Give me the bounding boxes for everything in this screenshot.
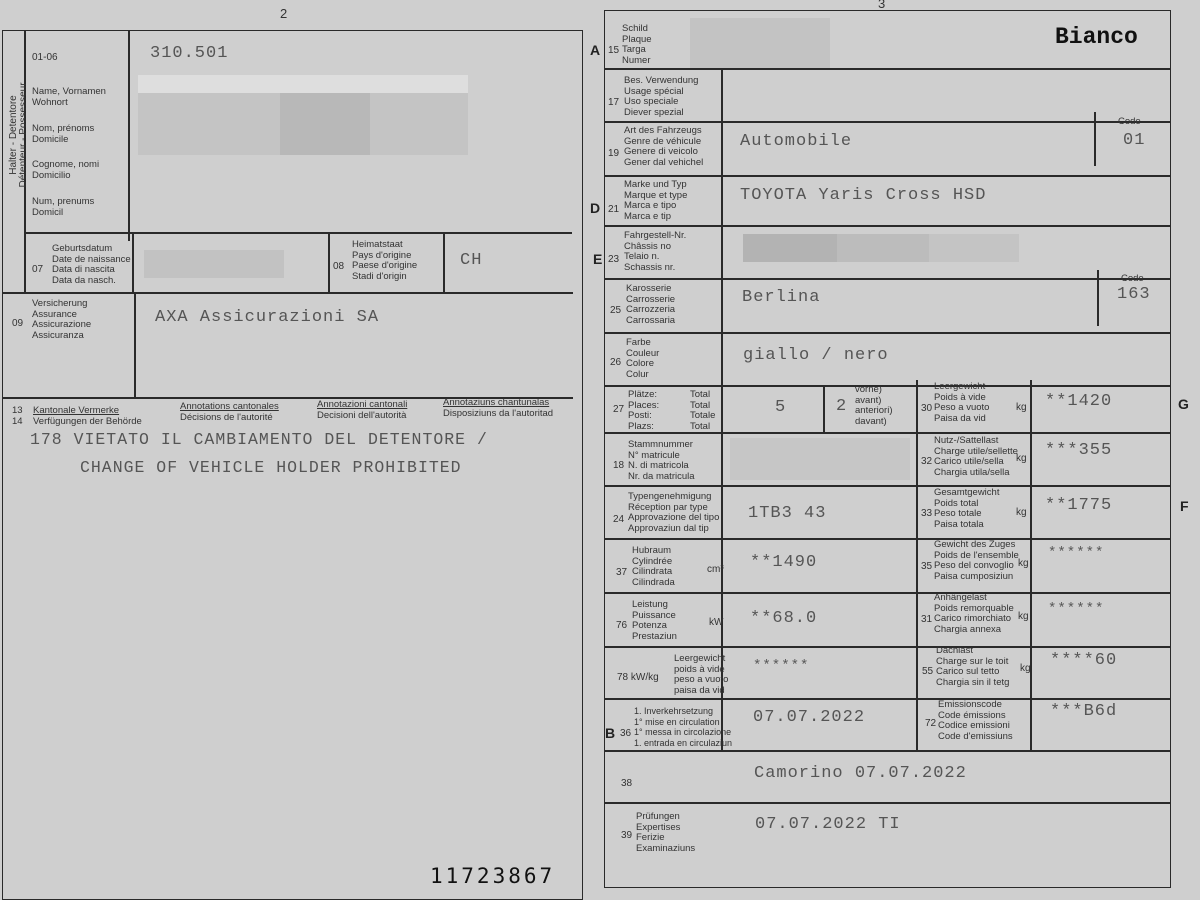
field-27-totals: TotalTotal TotaleTotal (690, 390, 715, 432)
field-08-value: CH (460, 251, 482, 270)
field-72-labels: EmissionscodeCode émissions Codice emiss… (938, 700, 1013, 742)
field-09-number: 09 (12, 318, 23, 329)
name-label-it: Cognome, nomiDomicilio (32, 160, 99, 181)
serial-number: 11723867 (430, 864, 555, 888)
field-55-labels: DachlastCharge sur le toit Carico sul te… (936, 646, 1009, 688)
field-30-value: **1420 (1045, 392, 1112, 411)
field-36-value: 07.07.2022 (753, 708, 865, 727)
field-26-value: giallo / nero (743, 346, 889, 365)
field-07-labels: GeburtsdatumDate de naissance Data di na… (52, 244, 131, 286)
field-76-labels: LeistungPuissance PotenzaPrestaziun (632, 600, 677, 642)
redacted-name (138, 75, 468, 93)
field-01-06-value: 310.501 (150, 44, 228, 63)
field-78-labels: Leergewichtpoids à vide peso a vuotopais… (674, 654, 728, 696)
field-76-unit: kW (709, 617, 723, 628)
field-32-unit: kg (1016, 453, 1027, 464)
annotation-line-2: CHANGE OF VEHICLE HOLDER PROHIBITED (80, 458, 462, 477)
field-32-labels: Nutz-/SattellastCharge utile/sellette Ca… (934, 436, 1018, 478)
field-09-value: AXA Assicurazioni SA (155, 308, 379, 327)
field-27-labels: Plätze:Places: Posti:Plazs: (628, 390, 659, 432)
marker-d: D (590, 200, 600, 216)
redacted-chassis-number (743, 234, 837, 262)
field-13-14-header-rm: Annotaziuns chantunalasDisposiziuns da l… (443, 398, 553, 419)
field-23-number: 23 (608, 254, 619, 265)
field-19-value: Automobile (740, 132, 852, 151)
name-label-fr: Nom, prénomsDomicile (32, 124, 94, 145)
field-39-value: 07.07.2022 TI (755, 815, 901, 834)
field-24-value: 1TB3 43 (748, 504, 826, 523)
field-21-number: 21 (608, 204, 619, 215)
field-35-value: ****** (1048, 545, 1104, 561)
field-25-value: Berlina (742, 288, 820, 307)
field-55-value: ****60 (1050, 651, 1117, 670)
field-36-labels: 1. Inverkehrsetzung1° mise en circulatio… (634, 706, 732, 748)
field-33-unit: kg (1016, 507, 1027, 518)
field-30-unit: kg (1016, 402, 1027, 413)
field-26-number: 26 (610, 357, 621, 368)
field-30-labels: LeergewichtPoids à vide Peso a vuotoPais… (934, 382, 989, 424)
field-72-number: 72 (925, 718, 936, 729)
marker-g: G (1178, 396, 1189, 412)
field-76-value: **68.0 (750, 609, 817, 628)
field-17-number: 17 (608, 97, 619, 108)
annotation-line-1: 178 VIETATO IL CAMBIAMENTO DEL DETENTORE… (30, 430, 488, 449)
field-21-labels: Marke und TypMarque et type Marca e tipo… (624, 180, 687, 222)
field-09-labels: VersicherungAssurance AssicurazioneAssic… (32, 299, 91, 341)
field-19-number: 19 (608, 148, 619, 159)
field-24-number: 24 (613, 514, 624, 525)
field-35-labels: Gewicht des ZugesPoids de l'ensemble Pes… (934, 540, 1019, 582)
field-25-code-label: Code (1121, 274, 1144, 285)
left-page: 2 Halter - Detentore Détenteur - Possess… (0, 0, 590, 900)
field-27-front-labels: vorne)avant) anteriori)davant) (855, 385, 893, 427)
field-08-labels: HeimatstaatPays d'origine Paese d'origin… (352, 240, 417, 282)
field-55-unit: kg (1020, 663, 1031, 674)
field-19-code-label: Code (1118, 117, 1141, 128)
field-15-number: 15 (608, 45, 619, 56)
field-15-value: Bianco (1055, 24, 1138, 50)
field-08-number: 08 (333, 261, 344, 272)
name-label-de: Name, VornamenWohnort (32, 87, 106, 108)
field-13-14-header-fr: Annotations cantonalesDécisions de l'aut… (180, 402, 279, 423)
holder-side-label: Halter - Detentore Détenteur - Possesseu… (3, 40, 25, 240)
field-55-number: 55 (922, 666, 933, 677)
field-33-value: **1775 (1045, 496, 1112, 515)
field-78-value: ****** (753, 658, 809, 674)
field-27-seats-value: 5 (775, 398, 786, 417)
field-23-labels: Fahrgestell-Nr.Châssis no Telaio n.Schas… (624, 231, 686, 273)
field-72-value: ***B6d (1050, 702, 1117, 721)
marker-b: B (605, 725, 615, 741)
field-31-unit: kg (1018, 611, 1029, 622)
field-78-number: 78 kW/kg (617, 672, 659, 683)
field-13-14-numbers: 1314 (12, 406, 23, 427)
field-32-value: ***355 (1045, 441, 1112, 460)
field-31-labels: AnhängelastPoids remorquable Carico rimo… (934, 593, 1014, 635)
field-38-number: 38 (621, 778, 632, 789)
field-33-number: 33 (921, 508, 932, 519)
redacted-plate (690, 18, 830, 68)
field-37-labels: HubraumCylindrée CilindrataCilindrada (632, 546, 675, 588)
field-37-unit: cm³ (707, 564, 724, 575)
redacted-matricule (730, 438, 910, 480)
field-36-number: 36 (620, 728, 631, 739)
field-18-labels: StammnummerN° matricule N. di matricolaN… (628, 440, 695, 482)
field-30-number: 30 (921, 403, 932, 414)
field-25-number: 25 (610, 305, 621, 316)
field-19-labels: Art des FahrzeugsGenre de véhicule Gener… (624, 126, 703, 168)
field-01-06-number: 01-06 (32, 52, 58, 63)
field-13-14-header-de: Kantonale VermerkeVerfügungen der Behörd… (33, 406, 142, 427)
field-38-value: Camorino 07.07.2022 (754, 764, 967, 783)
field-35-number: 35 (921, 561, 932, 572)
field-13-14-header-it: Annotazioni cantonaliDecisioni dell'auto… (317, 400, 407, 421)
name-label-rm: Num, prenumsDomicil (32, 197, 94, 218)
field-27-front-seats-value: 2 (836, 397, 847, 416)
field-25-labels: KarosserieCarrosserie CarrozzeriaCarross… (626, 284, 675, 326)
field-39-labels: PrüfungenExpertises FerizieExaminaziuns (636, 812, 695, 854)
marker-f: F (1180, 498, 1189, 514)
field-15-labels: SchildPlaque TargaNumer (622, 24, 652, 66)
field-21-value: TOYOTA Yaris Cross HSD (740, 186, 986, 205)
redacted-birthdate (144, 250, 284, 278)
field-32-number: 32 (921, 456, 932, 467)
field-26-labels: FarbeCouleur ColoreColur (626, 338, 659, 380)
field-37-number: 37 (616, 567, 627, 578)
field-39-number: 39 (621, 830, 632, 841)
field-25-code: 163 (1117, 285, 1151, 304)
field-19-code: 01 (1123, 131, 1145, 150)
field-07-number: 07 (32, 264, 43, 275)
field-24-labels: TypengenehmigungRéception par type Appro… (628, 492, 719, 534)
left-page-number: 2 (280, 6, 287, 21)
field-18-number: 18 (613, 460, 624, 471)
field-31-number: 31 (921, 614, 932, 625)
field-35-unit: kg (1018, 558, 1029, 569)
marker-a: A (590, 42, 600, 58)
field-76-number: 76 (616, 620, 627, 631)
marker-e: E (593, 251, 602, 267)
field-31-value: ****** (1048, 601, 1104, 617)
field-33-labels: GesamtgewichtPoids total Peso totalePais… (934, 488, 999, 530)
field-17-labels: Bes. VerwendungUsage spécial Uso special… (624, 76, 698, 118)
field-37-value: **1490 (750, 553, 817, 572)
right-page: 3 A 15 SchildPlaque TargaNumer Bianco 17… (590, 0, 1200, 900)
field-27-number: 27 (613, 404, 624, 415)
